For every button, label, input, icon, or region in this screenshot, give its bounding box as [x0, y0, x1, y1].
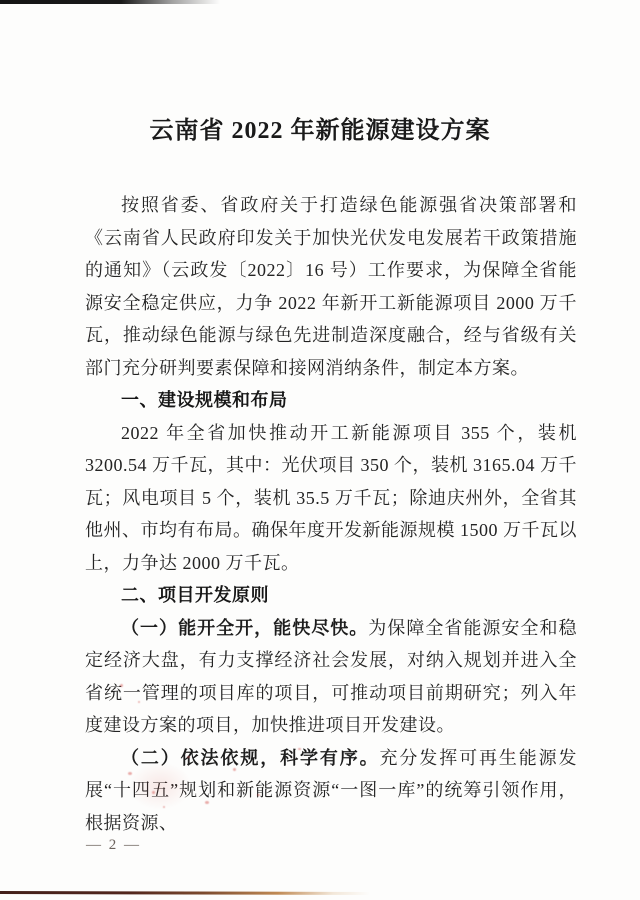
stamp-speck — [298, 748, 301, 750]
stamp-speck — [187, 756, 190, 758]
stamp-speck — [233, 768, 236, 771]
stamp-speck — [163, 806, 165, 808]
scan-artifact-top-line — [0, 0, 220, 4]
stamp-speck — [257, 794, 260, 796]
paragraph-lead-emphasis: （一）能开全开，能快尽快。 — [121, 618, 368, 638]
document-page: 云南省 2022 年新能源建设方案 按照省委、省政府关于打造绿色能源强省决策部署… — [0, 0, 640, 900]
stamp-speck — [138, 701, 140, 703]
page-number: — 2 — — [86, 837, 141, 854]
body-paragraph: 按照省委、省政府关于打造绿色能源强省决策部署和《云南省人民政府印发关于加快光伏发… — [85, 189, 577, 384]
stamp-smudge — [128, 762, 192, 810]
stamp-speck — [205, 801, 209, 804]
stamp-speck — [120, 684, 123, 687]
section-heading: 一、建设规模和布局 — [85, 384, 577, 417]
stamp-speck — [152, 791, 155, 794]
scan-artifact-bottom-line — [0, 891, 370, 895]
stamp-speck — [128, 772, 132, 775]
document-body: 按照省委、省政府关于打造绿色能源强省决策部署和《云南省人民政府印发关于加快光伏发… — [85, 189, 577, 839]
body-paragraph: 2022 年全省加快推动开工新能源项目 355 个，装机 3200.54 万千瓦… — [85, 417, 577, 580]
stamp-speck — [510, 752, 513, 754]
document-title: 云南省 2022 年新能源建设方案 — [0, 110, 640, 145]
section-heading: 二、项目开发原则 — [85, 579, 577, 612]
body-paragraph: （一）能开全开，能快尽快。为保障全省能源安全和稳定经济大盘，有力支撑经济社会发展… — [85, 612, 577, 742]
